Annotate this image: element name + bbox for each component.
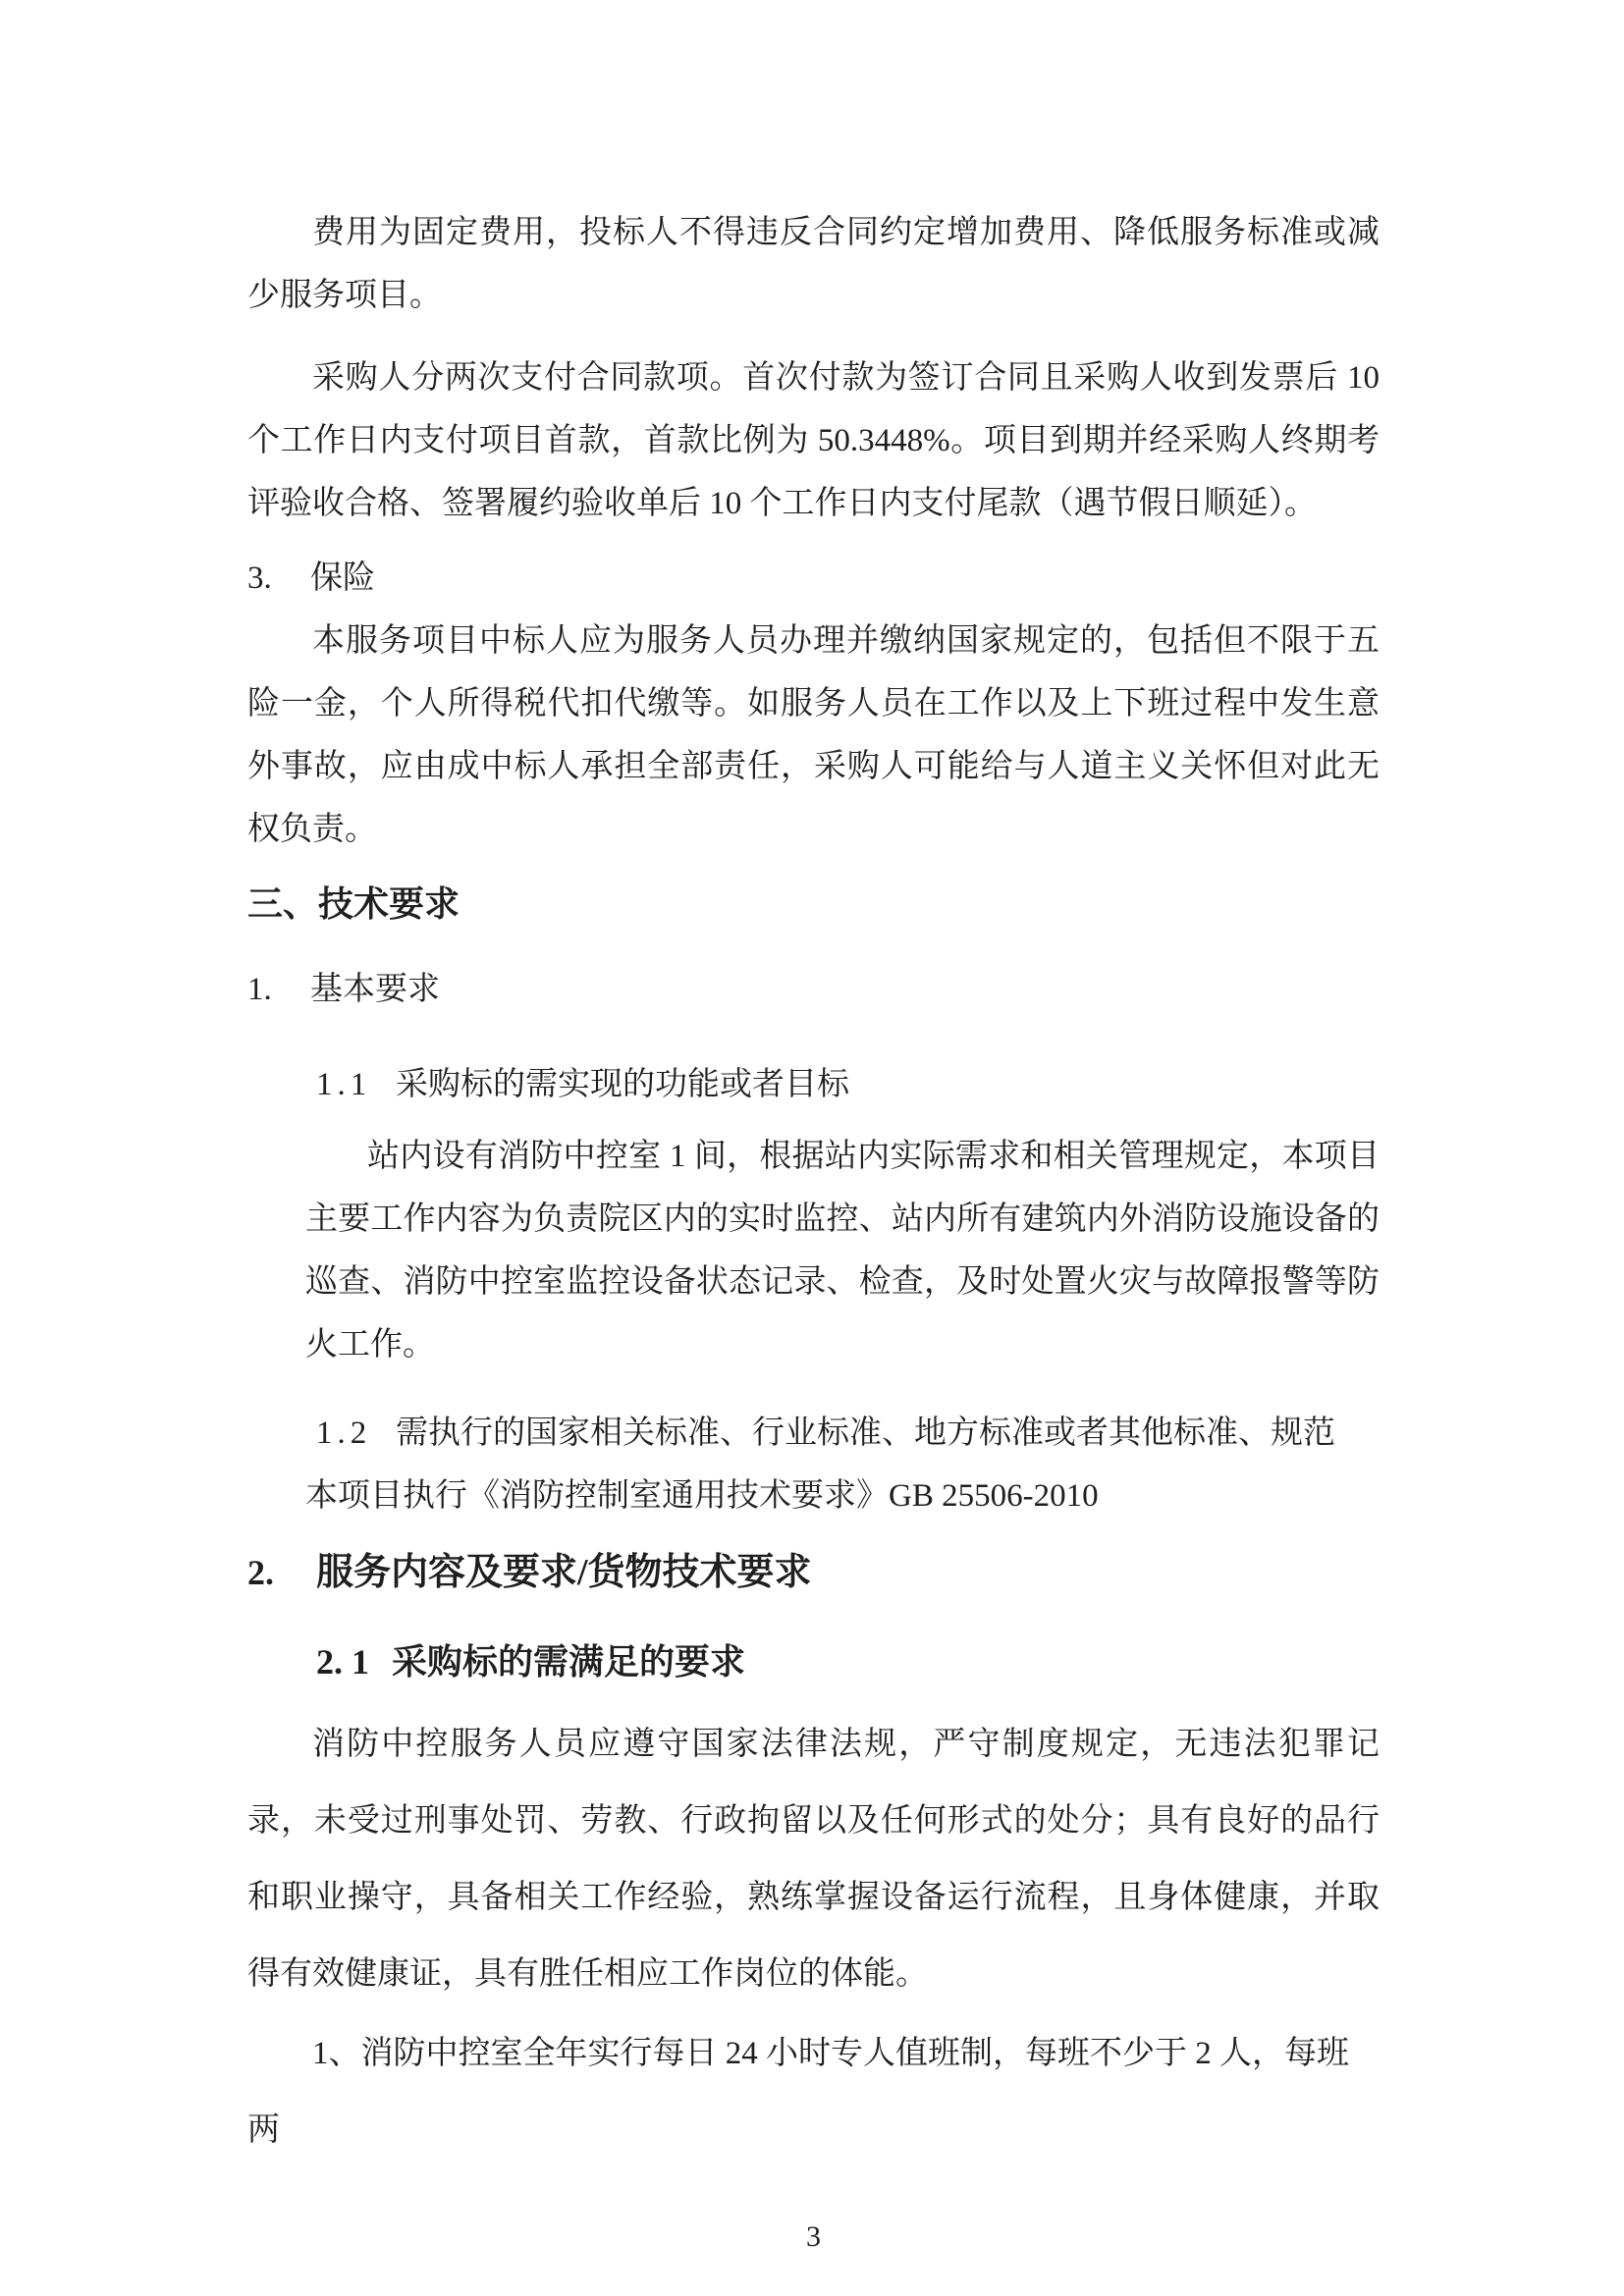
list-item-insurance-label: 保险 — [310, 561, 375, 596]
section-heading-technical-requirements: 三、技术要求 — [247, 873, 1380, 935]
list-item-basic-number: 1. — [247, 958, 310, 1021]
sub-heading-1-1: 1.1采购标的需实现的功能或者目标 — [316, 1053, 1380, 1116]
list-item-basic-label: 基本要求 — [310, 972, 440, 1007]
list-item-service-number: 2. — [247, 1541, 316, 1604]
sub-heading-1-2: 1.2需执行的国家相关标准、行业标准、地方标准或者其他标准、规范 — [316, 1402, 1380, 1465]
list-item-basic-requirements: 1.基本要求 — [247, 958, 1380, 1021]
sub-heading-1-2-title: 需执行的国家相关标准、行业标准、地方标准或者其他标准、规范 — [396, 1415, 1335, 1451]
document-content: 费用为固定费用，投标人不得违反合同约定增加费用、降低服务标准或减少服务项目。 采… — [247, 0, 1380, 2257]
sub-heading-1-1-number: 1.1 — [316, 1053, 396, 1116]
sub-heading-2-1: 2. 1采购标的需满足的要求 — [316, 1630, 1380, 1693]
sub-heading-2-1-title: 采购标的需满足的要求 — [392, 1642, 745, 1682]
sub-heading-2-1-number: 2. 1 — [316, 1630, 392, 1693]
list-item-insurance: 3.保险 — [247, 547, 1380, 610]
document-page: 费用为固定费用，投标人不得违反合同约定增加费用、降低服务标准或减少服务项目。 采… — [0, 0, 1624, 2296]
paragraph-payment-terms: 采购人分两次支付合同款项。首次付款为签订合同且采购人收到发票后 10 个工作日内… — [247, 347, 1380, 535]
paragraph-fixed-fee: 费用为固定费用，投标人不得违反合同约定增加费用、降低服务标准或减少服务项目。 — [247, 201, 1380, 327]
list-item-service-label: 服务内容及要求/货物技术要求 — [316, 1552, 812, 1593]
list-item-service-content: 2.服务内容及要求/货物技术要求 — [247, 1541, 1380, 1604]
list-item-insurance-number: 3. — [247, 547, 310, 610]
paragraph-insurance-detail: 本服务项目中标人应为服务人员办理并缴纳国家规定的，包括但不限于五险一金，个人所得… — [247, 610, 1380, 861]
paragraph-duty-shift: 1、消防中控室全年实行每日 24 小时专人值班制，每班不少于 2 人，每班两 — [247, 2015, 1380, 2168]
sub-heading-1-2-number: 1.2 — [316, 1402, 396, 1465]
paragraph-1-1-body: 站内设有消防中控室 1 间，根据站内实际需求和相关管理规定，本项目主要工作内容为… — [305, 1125, 1380, 1376]
page-number: 3 — [247, 2217, 1380, 2257]
sub-heading-1-1-title: 采购标的需实现的功能或者目标 — [396, 1067, 849, 1102]
paragraph-2-1-body: 消防中控服务人员应遵守国家法律法规，严守制度规定，无违法犯罪记录，未受过刑事处罚… — [247, 1706, 1380, 2012]
paragraph-1-2-standard: 本项目执行《消防控制室通用技术要求》GB 25506-2010 — [305, 1465, 1380, 1527]
